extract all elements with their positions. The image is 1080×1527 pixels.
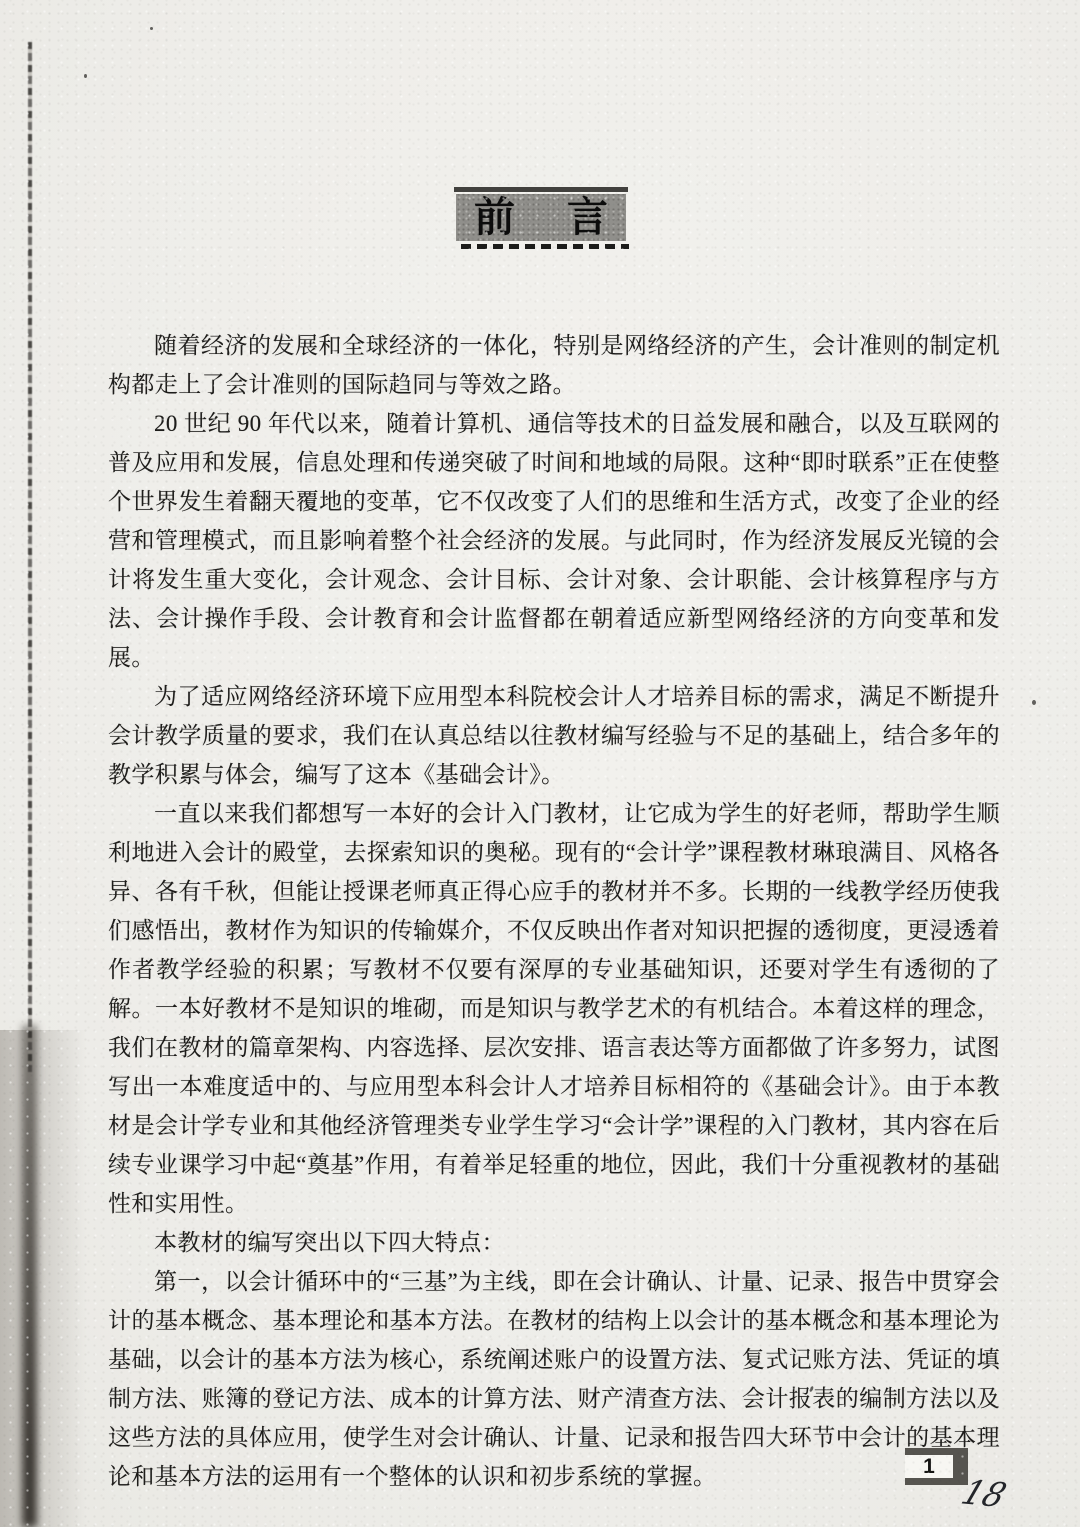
page-number: 1: [923, 1456, 935, 1477]
paragraph-network-economy: 20 世纪 90 年代以来，随着计算机、通信等技术的日益发展和融合，以及互联网的…: [108, 404, 1000, 677]
scanned-page: 前 言 随着经济的发展和全球经济的一体化，特别是网络经济的产生，会计准则的制定机…: [0, 0, 1080, 1527]
title-char-yan: 言: [567, 197, 608, 238]
binding-edge-line: [28, 42, 32, 1072]
paragraph-features-lead: 本教材的编写突出以下四大特点：: [108, 1223, 1000, 1262]
preface-body: 随着经济的发展和全球经济的一体化，特别是网络经济的产生，会计准则的制定机构都走上…: [108, 326, 1000, 1496]
page-number-box: 1: [905, 1448, 968, 1485]
paragraph-intro: 随着经济的发展和全球经济的一体化，特别是网络经济的产生，会计准则的制定机构都走上…: [108, 326, 1000, 404]
paragraph-feature-one: 第一，以会计循环中的“三基”为主线，即在会计确认、计量、记录、报告中贯穿会计的基…: [108, 1262, 1000, 1496]
scan-speck: [84, 74, 87, 78]
paragraph-purpose: 为了适应网络经济环境下应用型本科院校会计人才培养目标的需求，满足不断提升会计教学…: [108, 677, 1000, 794]
binding-shadow: [0, 1030, 120, 1527]
scan-speck: [1032, 700, 1036, 705]
title-underline-dashes: [461, 244, 629, 249]
title-char-qian: 前: [474, 197, 515, 238]
paragraph-philosophy: 一直以来我们都想写一本好的会计入门教材，让它成为学生的好老师，帮助学生顺利地进入…: [108, 794, 1000, 1223]
chapter-title-banner: 前 言: [456, 187, 626, 241]
binding-shadow-core: [22, 1025, 37, 1527]
scan-speck: [150, 27, 153, 30]
